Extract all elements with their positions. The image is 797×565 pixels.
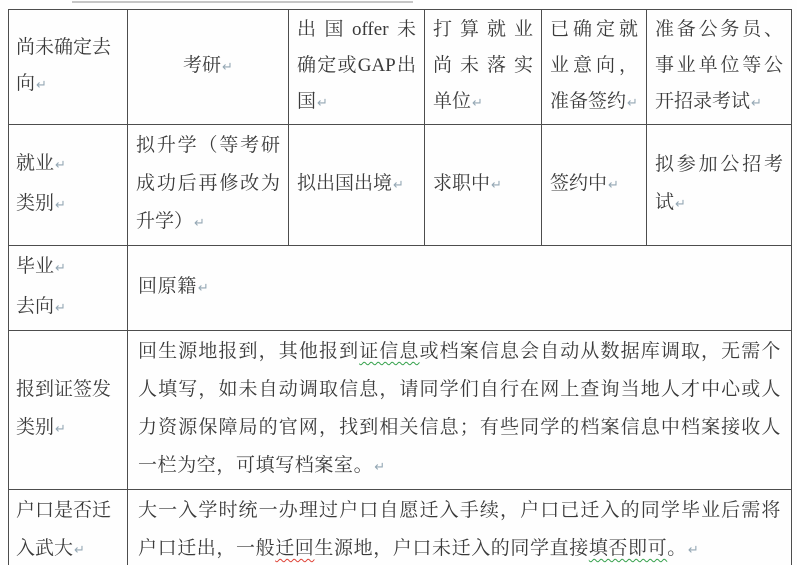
registration-card-text-part1: 回生源地报到，其他报到 <box>138 341 359 362</box>
header-job-seeking-line2: 尚未落实 <box>433 48 533 84</box>
paragraph-mark: ↵ <box>198 281 209 296</box>
civil-exam-line2: 试↵ <box>655 184 783 224</box>
header-civil-line1: 准备公务员、 <box>655 12 783 48</box>
header-job-seeking-line1: 打算就业 <box>433 12 533 48</box>
header-cell-job-seeking: 打算就业 尚未落实 单位↵ <box>425 10 542 125</box>
employment-signing-text: 签约中 <box>550 173 607 194</box>
employment-job-hunting-cell: 求职中↵ <box>425 125 542 246</box>
hukou-text-part3: 。 <box>667 538 687 559</box>
paragraph-mark: ↵ <box>608 178 619 193</box>
header-civil-line3-text: 开招录考试 <box>655 91 750 112</box>
header-row: 尚未确定去向↵ 考研↵ 出国offer未 确定或GAP出 国↵ 打算就业 尚未落… <box>9 10 792 125</box>
top-partial-line <box>72 1 413 3</box>
graduation-destination-text: 回原籍 <box>138 276 197 297</box>
header-signing-line2: 业意向， <box>550 48 638 84</box>
paragraph-mark: ↵ <box>55 261 66 276</box>
employment-type-row: 就业↵ 类别↵ 拟升学（等考研 成功后再修改为 升学）↵ 拟出国出境↵ 求职中↵… <box>9 125 792 246</box>
header-abroad-line2: 确定或GAP出 <box>297 48 416 84</box>
employment-further-study-cell: 拟升学（等考研 成功后再修改为 升学）↵ <box>128 125 289 246</box>
graduation-destination-label-cell: 毕业↵ 去向↵ <box>9 246 128 331</box>
paragraph-mark: ↵ <box>675 197 686 212</box>
paragraph-mark: ↵ <box>317 96 328 111</box>
graduation-label-para1: 毕业↵ <box>16 248 123 288</box>
registration-card-row: 报到证签发类别↵ 回生源地报到，其他报到证信息或档案信息会自动从数据库调取，无需… <box>9 331 792 490</box>
hukou-text-part2: 生源地，户口未迁入的同学直接 <box>314 538 588 559</box>
employment-type-label-text1: 就业 <box>16 153 54 174</box>
paragraph-mark: ↵ <box>222 60 233 75</box>
employment-abroad-cell: 拟出国出境↵ <box>289 125 425 246</box>
header-cell-kaoyan: 考研↵ <box>128 10 289 125</box>
spellcheck-green-underline: 证信息 <box>359 341 419 362</box>
further-study-line1: 拟升学（等考研 <box>136 127 280 165</box>
employment-abroad-text: 拟出国出境 <box>297 173 392 194</box>
header-abroad-line3-text: 国 <box>297 91 316 112</box>
further-study-line3-text: 升学） <box>136 211 193 232</box>
hukou-label-text: 户口是否迁入武大 <box>16 500 111 559</box>
employment-job-hunting-text: 求职中 <box>433 173 490 194</box>
employment-signing-cell: 签约中↵ <box>542 125 647 246</box>
civil-exam-line2-text: 试 <box>655 192 674 213</box>
civil-exam-line1: 拟参加公招考 <box>655 146 783 184</box>
header-civil-line3: 开招录考试↵ <box>655 84 783 122</box>
hukou-label-cell: 户口是否迁入武大↵ <box>9 490 128 565</box>
paragraph-mark: ↵ <box>74 543 85 558</box>
further-study-line3: 升学）↵ <box>136 203 280 243</box>
header-abroad-line3: 国↵ <box>297 84 416 122</box>
paragraph-mark: ↵ <box>36 78 47 93</box>
graduation-label-para2: 去向↵ <box>16 288 123 328</box>
paragraph-mark: ↵ <box>55 422 66 437</box>
header-civil-line2: 事业单位等公 <box>655 48 783 84</box>
paragraph-mark: ↵ <box>627 96 638 111</box>
further-study-line2: 成功后再修改为 <box>136 165 280 203</box>
graduation-destination-row: 毕业↵ 去向↵ 回原籍↵ <box>9 246 792 331</box>
graduation-label-text1: 毕业 <box>16 256 54 277</box>
employment-type-label-text2: 类别 <box>16 193 54 214</box>
paragraph-mark: ↵ <box>751 96 762 111</box>
document-page: 尚未确定去向↵ 考研↵ 出国offer未 确定或GAP出 国↵ 打算就业 尚未落… <box>0 0 797 565</box>
header-signing-line3-text: 准备签约 <box>550 91 626 112</box>
header-job-seeking-line3-text: 单位 <box>433 91 471 112</box>
employment-type-label-para1: 就业↵ <box>16 145 123 185</box>
graduation-destination-content-cell: 回原籍↵ <box>128 246 792 331</box>
paragraph-mark: ↵ <box>55 301 66 316</box>
paragraph-mark: ↵ <box>688 543 699 558</box>
header-cell-destination-undetermined: 尚未确定去向↵ <box>9 10 128 125</box>
employment-type-label-para2: 类别↵ <box>16 185 123 225</box>
paragraph-mark: ↵ <box>194 216 205 231</box>
paragraph-mark: ↵ <box>374 460 385 475</box>
spellcheck-red-underline: 迁回 <box>275 538 314 559</box>
header-job-seeking-line3: 单位↵ <box>433 84 533 122</box>
hukou-row: 户口是否迁入武大↵ 大一入学时统一办理过户口自愿迁入手续，户口已迁入的同学毕业后… <box>9 490 792 565</box>
employment-type-label-cell: 就业↵ 类别↵ <box>9 125 128 246</box>
employment-civil-exam-cell: 拟参加公招考 试↵ <box>647 125 792 246</box>
paragraph-mark: ↵ <box>472 96 483 111</box>
header-kaoyan-text: 考研 <box>183 55 221 76</box>
spellcheck-green-underline: 填否即可 <box>589 538 667 559</box>
paragraph-mark: ↵ <box>55 198 66 213</box>
paragraph-mark: ↵ <box>491 178 502 193</box>
header-cell-abroad: 出国offer未 确定或GAP出 国↵ <box>289 10 425 125</box>
header-abroad-line1: 出国offer未 <box>297 12 416 48</box>
paragraph-mark: ↵ <box>393 178 404 193</box>
header-destination-text: 尚未确定去向 <box>16 37 111 94</box>
registration-card-content-cell: 回生源地报到，其他报到证信息或档案信息会自动从数据库调取，无需个人填写，如未自动… <box>128 331 792 490</box>
hukou-content-cell: 大一入学时统一办理过户口自愿迁入手续，户口已迁入的同学毕业后需将户口迁出，一般迁… <box>128 490 792 565</box>
graduation-label-text2: 去向 <box>16 296 54 317</box>
header-signing-line3: 准备签约↵ <box>550 84 638 122</box>
registration-card-label-cell: 报到证签发类别↵ <box>9 331 128 490</box>
paragraph-mark: ↵ <box>55 158 66 173</box>
header-cell-civil-servant: 准备公务员、 事业单位等公 开招录考试↵ <box>647 10 792 125</box>
graduation-destination-table: 尚未确定去向↵ 考研↵ 出国offer未 确定或GAP出 国↵ 打算就业 尚未落… <box>8 9 792 565</box>
header-cell-signing: 已确定就 业意向， 准备签约↵ <box>542 10 647 125</box>
header-signing-line1: 已确定就 <box>550 12 638 48</box>
